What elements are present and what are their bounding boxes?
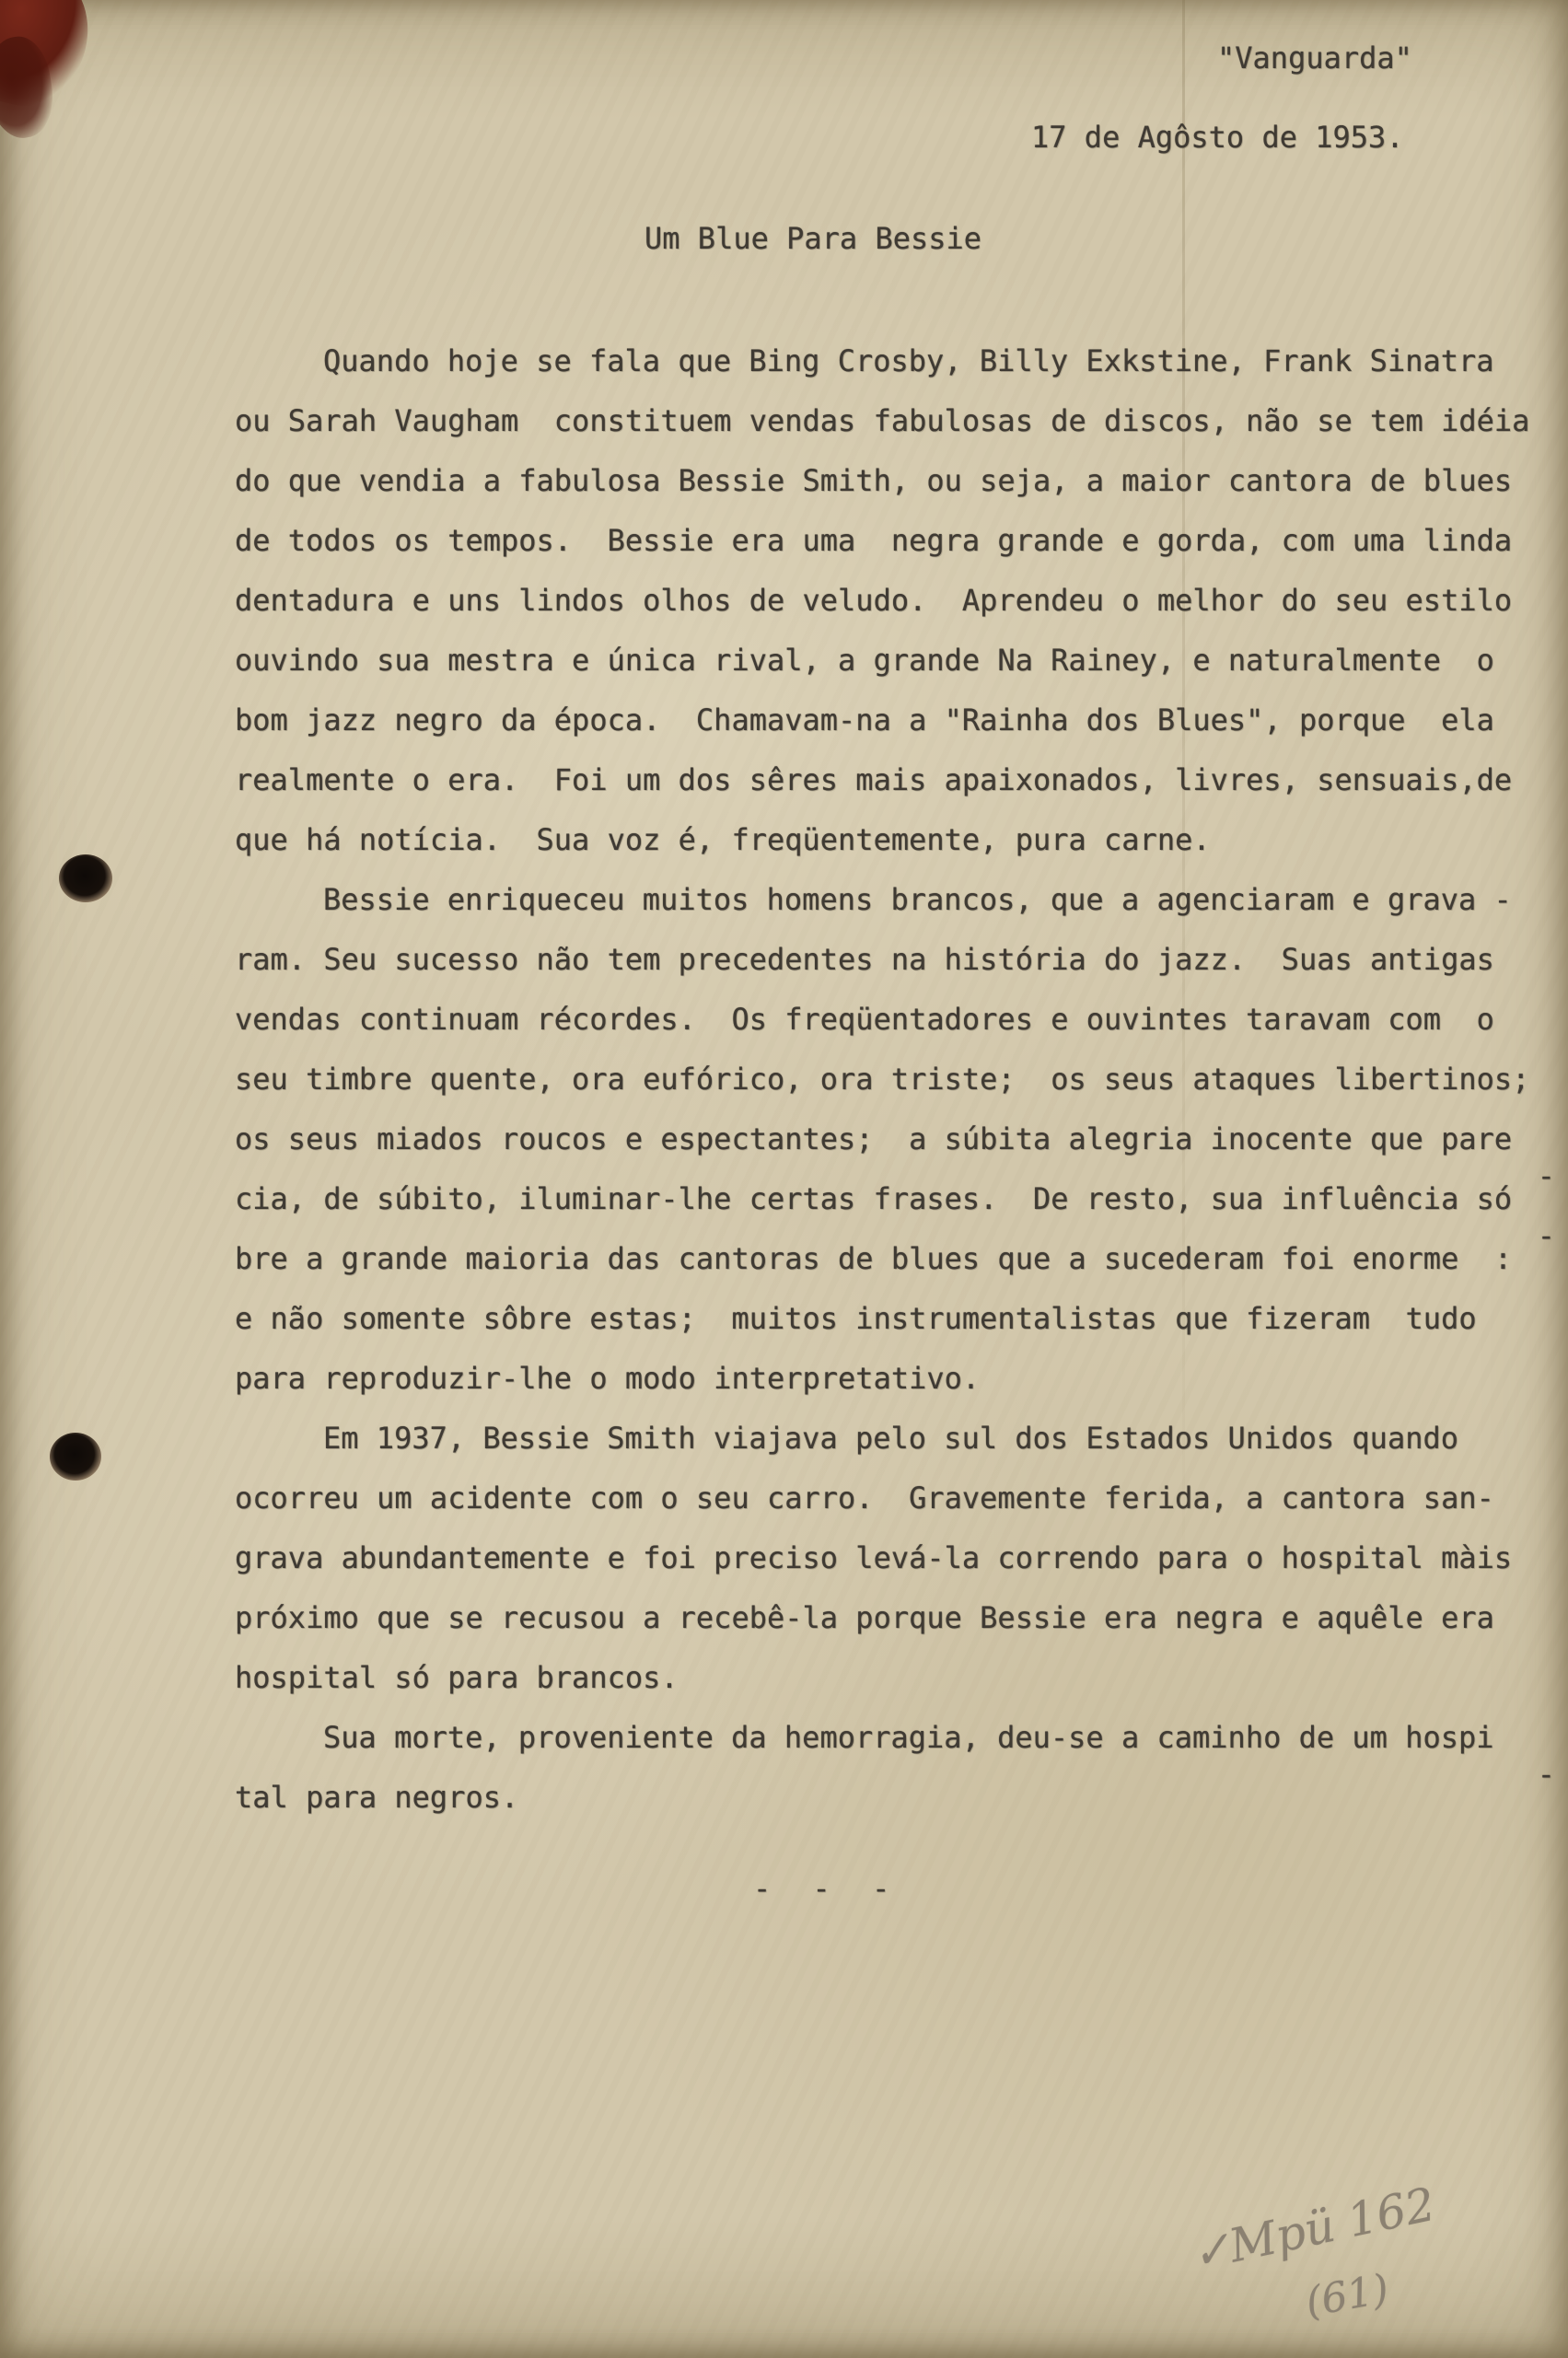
text-line: Quando hoje se fala que Bing Crosby, Bil… bbox=[235, 331, 1542, 391]
text-line: ou Sarah Vaugham constituem vendas fabul… bbox=[235, 391, 1542, 451]
text-line: próximo que se recusou a recebê-la porqu… bbox=[235, 1588, 1542, 1648]
text-line: vendas continuam récordes. Os freqüentad… bbox=[235, 990, 1542, 1050]
text-line: hospital só para brancos. bbox=[235, 1648, 1542, 1708]
text-line: Bessie enriqueceu muitos homens brancos,… bbox=[235, 870, 1542, 930]
text-line: ouvindo sua mestra e única rival, a gran… bbox=[235, 631, 1542, 691]
text-line: ram. Seu sucesso não tem precedentes na … bbox=[235, 930, 1542, 990]
text-line: ocorreu um acidente com o seu carro. Gra… bbox=[235, 1469, 1542, 1528]
text-line: seu timbre quente, ora eufórico, ora tri… bbox=[235, 1050, 1542, 1109]
text-line: do que vendia a fabulosa Bessie Smith, o… bbox=[235, 451, 1542, 511]
text-line: cia, de súbito, iluminar-lhe certas fras… bbox=[235, 1169, 1542, 1229]
text-line: tal para negros. bbox=[235, 1768, 1542, 1828]
text-line: que há notícia. Sua voz é, freqüentement… bbox=[235, 810, 1542, 870]
text-line: bre a grande maioria das cantoras de blu… bbox=[235, 1229, 1542, 1289]
punch-hole-top bbox=[59, 854, 112, 902]
text-line: de todos os tempos. Bessie era uma negra… bbox=[235, 511, 1542, 571]
text-line: bom jazz negro da época. Chamavam-na a "… bbox=[235, 691, 1542, 750]
text-line: realmente o era. Foi um dos sêres mais a… bbox=[235, 750, 1542, 810]
text-line: os seus miados roucos e espectantes; a s… bbox=[235, 1109, 1542, 1169]
punch-hole-bottom bbox=[50, 1433, 101, 1481]
text-line: dentadura e uns lindos olhos de veludo. … bbox=[235, 571, 1542, 631]
text-line: grava abundantemente e foi preciso levá-… bbox=[235, 1528, 1542, 1588]
scanned-document-page: { "document": { "publication": "\"Vangua… bbox=[0, 0, 1568, 2358]
page-title: Um Blue Para Bessie bbox=[645, 221, 981, 256]
dateline: 17 de Agôsto de 1953. bbox=[1031, 120, 1404, 155]
text-line: Sua morte, proveniente da hemorragia, de… bbox=[235, 1708, 1542, 1768]
end-divider: - - - bbox=[753, 1871, 901, 1906]
text-line: e não somente sôbre estas; muitos instru… bbox=[235, 1289, 1542, 1349]
publication-name: "Vanguarda" bbox=[1217, 41, 1412, 76]
body-text: Quando hoje se fala que Bing Crosby, Bil… bbox=[235, 331, 1542, 1828]
text-line: para reproduzir-lhe o modo interpretativ… bbox=[235, 1349, 1542, 1409]
text-line: Em 1937, Bessie Smith viajava pelo sul d… bbox=[235, 1409, 1542, 1469]
